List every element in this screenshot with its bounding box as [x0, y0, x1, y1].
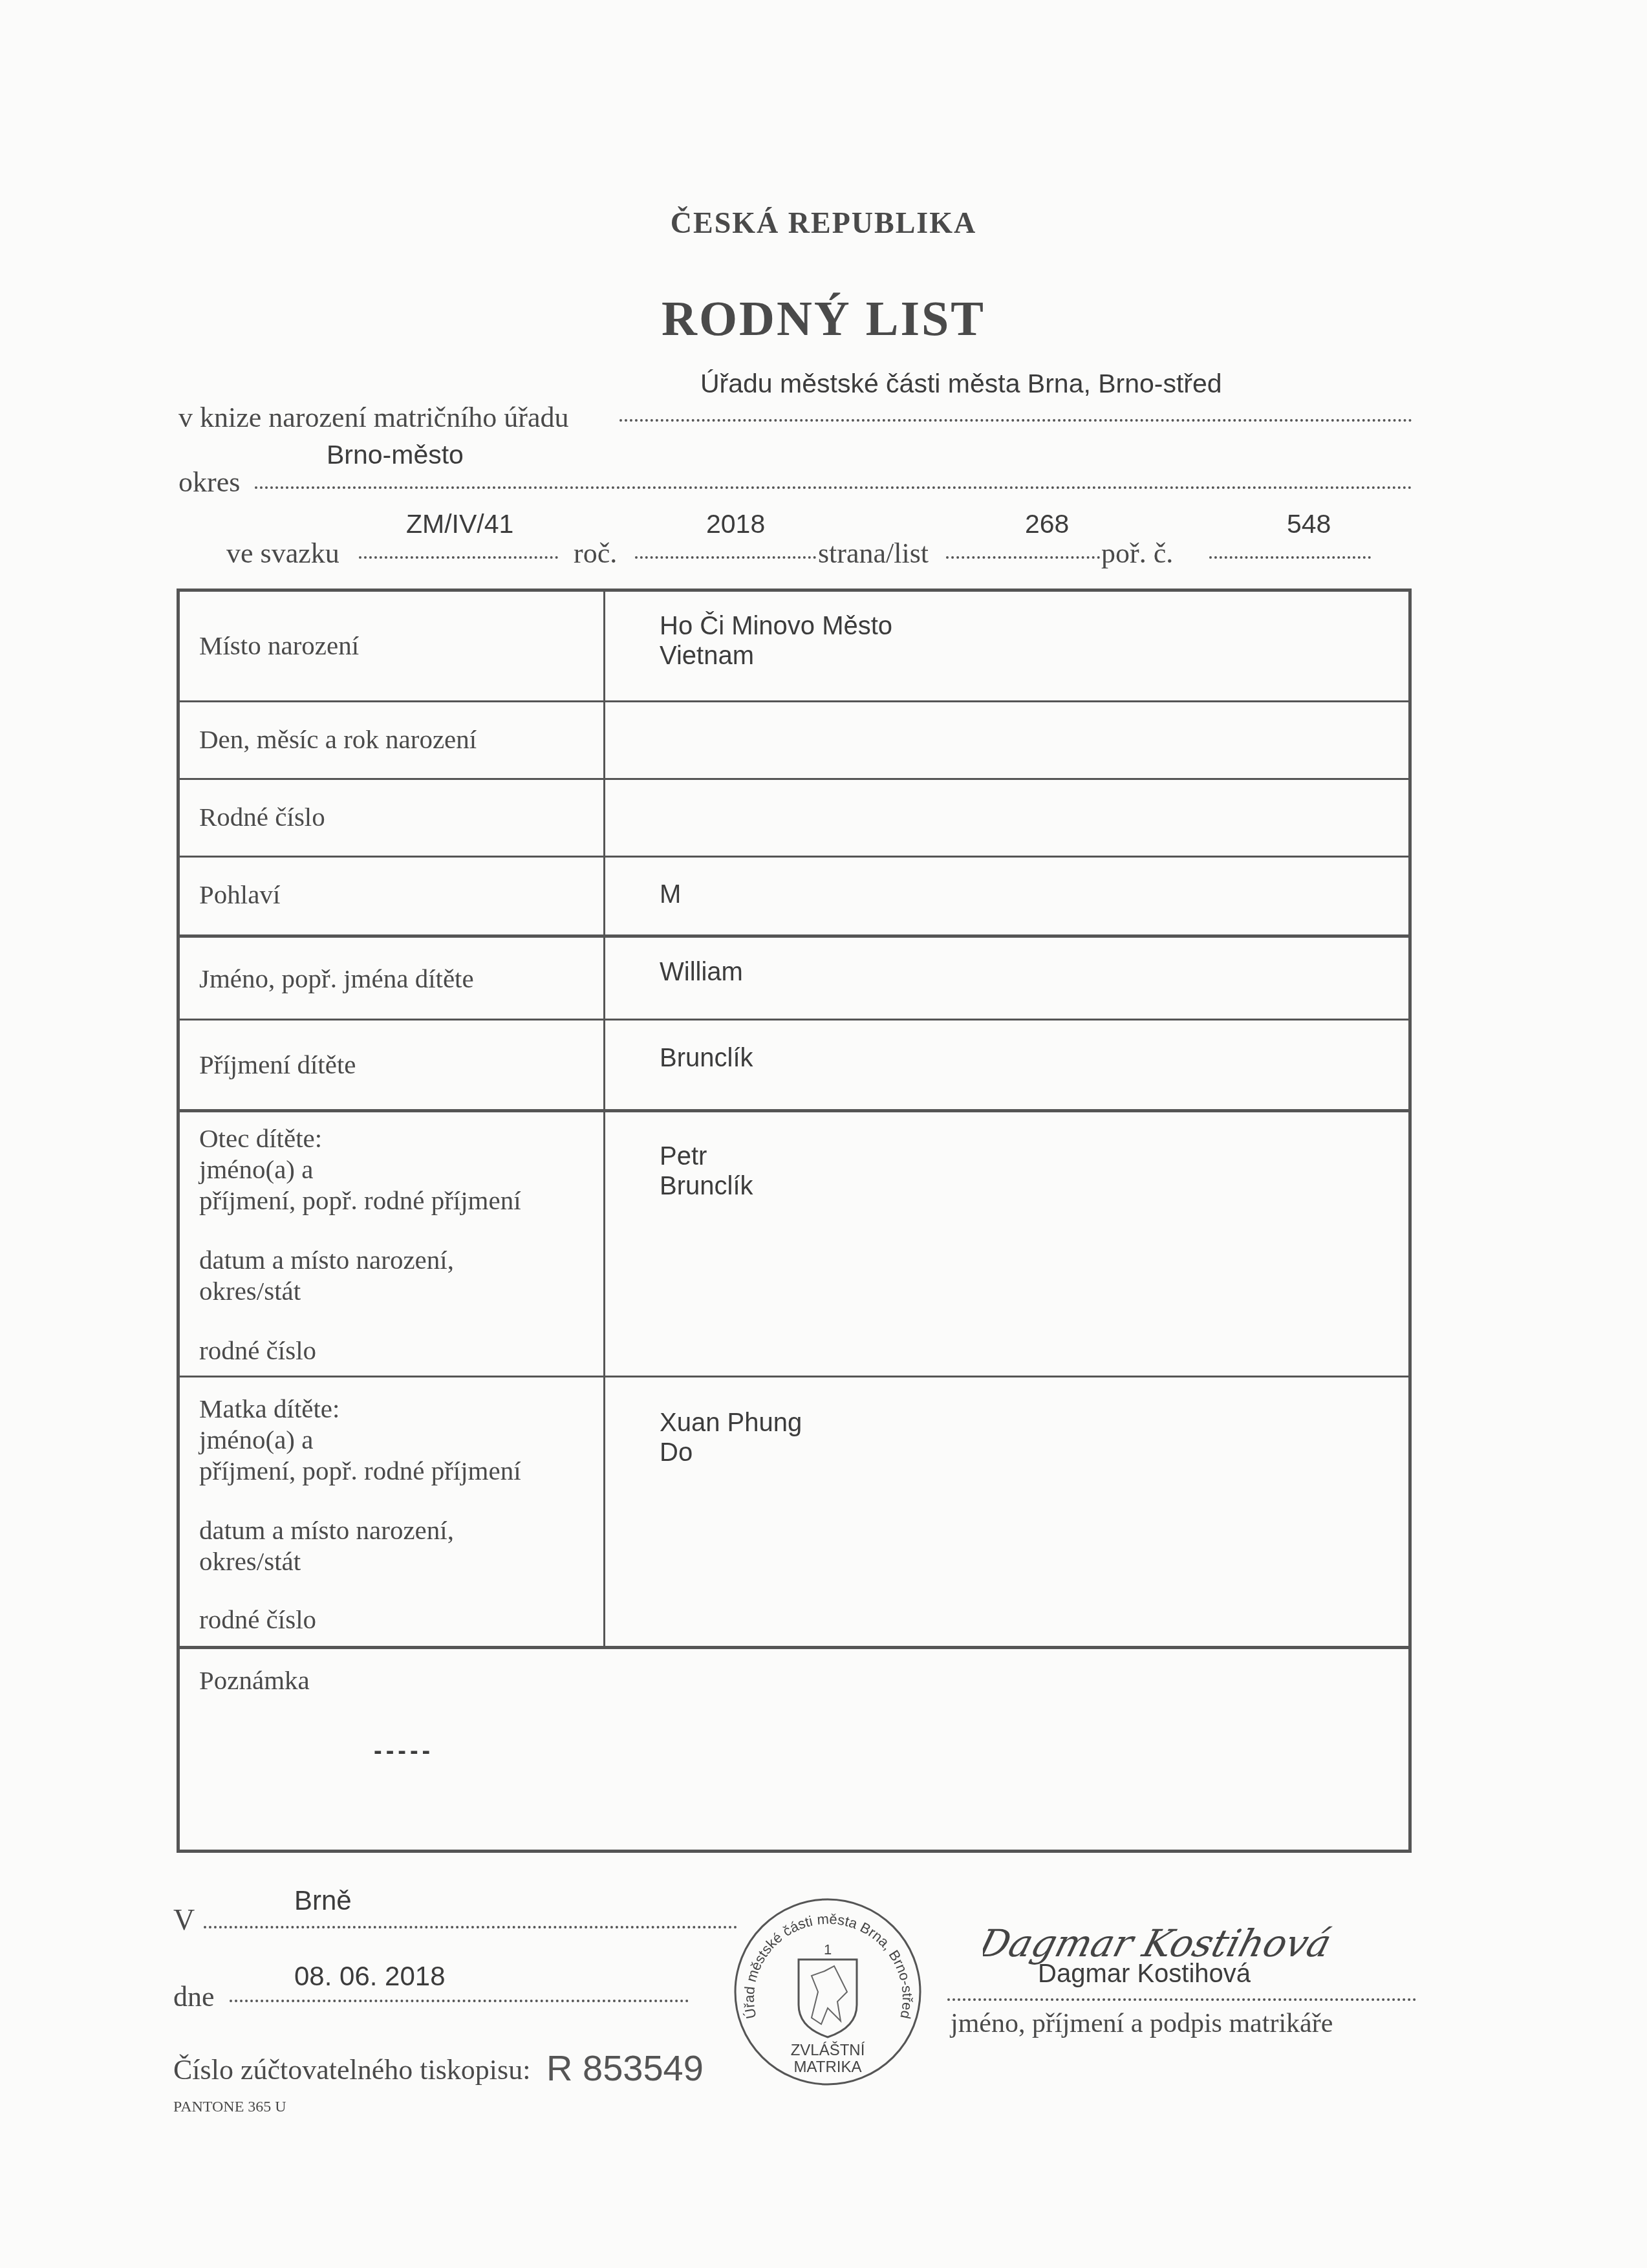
page-label: strana/list [818, 537, 929, 570]
volume-label: ve svazku [226, 537, 339, 570]
father-name-label-1: jméno(a) a [199, 1154, 313, 1184]
row-divider [180, 1376, 1408, 1377]
issue-place-value: Brně [294, 1885, 352, 1916]
form-number-value: R 853549 [546, 2047, 704, 2089]
section-divider [180, 1646, 1408, 1649]
district-value: Brno-město [327, 440, 464, 470]
year-label: roč. [574, 537, 617, 570]
sex-label: Pohlaví [199, 880, 280, 909]
order-number-value: 548 [1287, 509, 1331, 539]
column-divider [603, 592, 605, 1646]
official-stamp: Úřad městské části města Brna, Brno-stře… [731, 1895, 925, 2089]
note-label: Poznámka [199, 1665, 310, 1695]
country-heading: ČESKÁ REPUBLIKA [0, 206, 1647, 240]
lion-icon [812, 1966, 847, 2024]
registry-office-label: v knize narození matričního úřadu [178, 401, 569, 434]
year-value: 2018 [706, 509, 765, 539]
note-value: ----- [374, 1736, 434, 1766]
year-dotted-line [635, 556, 816, 559]
mother-name-label-2: příjmení, popř. rodné příjmení [199, 1456, 521, 1485]
order-number-label: poř. č. [1101, 537, 1173, 570]
registrar-caption: jméno, příjmení a podpis matrikáře [951, 2008, 1333, 2039]
birth-number-label: Rodné číslo [199, 802, 325, 832]
father-name-label-2: příjmení, popř. rodné příjmení [199, 1185, 521, 1215]
father-birth-label-2: okres/stát [199, 1276, 301, 1306]
volume-dotted-line [359, 556, 558, 559]
district-label: okres [178, 466, 240, 499]
order-number-dotted-line [1209, 556, 1371, 559]
father-birth-number-label: rodné číslo [199, 1335, 316, 1365]
section-divider [180, 934, 1408, 938]
surname-value: Brunclík [660, 1043, 753, 1073]
registrar-name: Dagmar Kostihová [1038, 1960, 1251, 1989]
birthdate-label: Den, měsíc a rok narození [199, 724, 477, 754]
row-divider [180, 778, 1408, 780]
row-divider [180, 1019, 1408, 1021]
father-birth-label-1: datum a místo narození, [199, 1245, 454, 1275]
signature-handwriting: Dagmar Kostihová [983, 1921, 1336, 1965]
mother-heading: Matka dítěte: [199, 1394, 339, 1423]
coat-of-arms-icon [799, 1960, 857, 2037]
mother-name-label-1: jméno(a) a [199, 1425, 313, 1454]
row-divider [180, 700, 1408, 702]
district-dotted-line [255, 486, 1412, 489]
birthplace-label: Místo narození [199, 631, 359, 660]
stamp-line-1: ZVLÁŠTNÍ [791, 2041, 865, 2059]
mother-birth-label-1: datum a místo narození, [199, 1515, 454, 1545]
mother-given-name: Xuan Phung [660, 1408, 802, 1438]
father-heading: Otec dítěte: [199, 1123, 322, 1153]
mother-birth-label-2: okres/stát [199, 1546, 301, 1576]
section-divider [180, 1109, 1408, 1112]
issue-place-dotted-line [204, 1926, 737, 1928]
given-name-label: Jméno, popř. jména dítěte [199, 964, 474, 993]
issue-place-label: V [173, 1903, 195, 1937]
issue-date-label: dne [173, 1980, 215, 2013]
birthplace-value-country: Vietnam [660, 641, 754, 671]
page-value: 268 [1025, 509, 1069, 539]
birth-record-table: Místo narození Ho Či Minovo Město Vietna… [177, 589, 1412, 1853]
stamp-number: 1 [824, 1941, 832, 1958]
stamp-line-2: MATRIKA [794, 2058, 862, 2076]
mother-birth-number-label: rodné číslo [199, 1604, 316, 1634]
issue-date-dotted-line [230, 2000, 689, 2002]
birthplace-value-city: Ho Či Minovo Město [660, 611, 892, 641]
page-dotted-line [946, 556, 1100, 559]
sex-value: M [660, 880, 681, 909]
registrar-dotted-line [947, 1998, 1416, 2001]
surname-label: Příjmení dítěte [199, 1050, 356, 1079]
stamp-ring-text: Úřad městské části města Brna, Brno-stře… [741, 1911, 916, 2020]
registry-office-dotted-line [619, 419, 1412, 422]
pantone-code: PANTONE 365 U [173, 2099, 286, 2116]
issue-date-value: 08. 06. 2018 [294, 1961, 446, 1992]
document-title: RODNÝ LIST [0, 291, 1647, 347]
row-divider [180, 856, 1408, 858]
father-surname: Brunclík [660, 1171, 753, 1201]
form-number-label: Číslo zúčtovatelného tiskopisu: [173, 2053, 530, 2086]
mother-surname: Do [660, 1438, 693, 1467]
volume-value: ZM/IV/41 [406, 509, 513, 539]
father-given-name: Petr [660, 1141, 707, 1171]
given-name-value: William [660, 957, 743, 987]
registry-office-value: Úřadu městské části města Brna, Brno-stř… [700, 369, 1222, 399]
